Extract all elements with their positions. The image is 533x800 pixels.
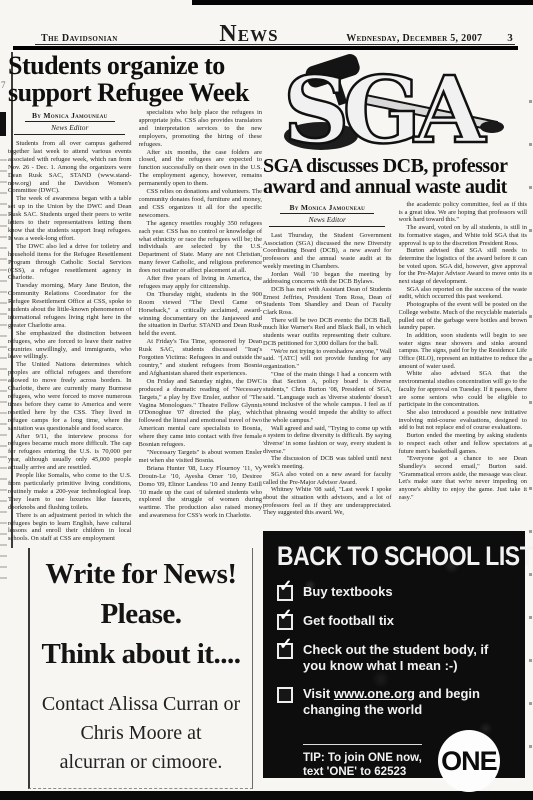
headline-line-1: SGA discusses DCB, professor <box>263 156 527 177</box>
checklist-item: ✓ Buy textbooks <box>277 584 525 601</box>
ad-title: BACK TO SCHOOL LIST <box>277 541 488 572</box>
sga-logo-graphic: SGA <box>279 52 511 154</box>
header-right: Wednesday, December 5, 2007 3 <box>346 32 513 44</box>
article-paragraph: Tuesday morning, Mary Jane Bruton, the C… <box>8 282 132 329</box>
masthead-rule-thin <box>35 44 515 45</box>
byline-author: By Monica Jamouneau <box>267 203 388 212</box>
article-paragraph: The discussion of DCB was tabled until n… <box>263 455 392 470</box>
check-mark-icon: ✓ <box>279 608 292 624</box>
article-paragraph: After 9/11, the interview process for re… <box>8 433 132 473</box>
article-columns: By Monica Jamouneau News Editor Last Thu… <box>263 201 527 547</box>
page-header: The Davidsonian News Wednesday, December… <box>13 24 525 46</box>
byline-title: News Editor <box>12 123 128 132</box>
article-paragraph: Whitney White '08 said, "Last week I spo… <box>263 486 392 517</box>
checklist-label: Buy textbooks <box>303 584 393 601</box>
byline-rule <box>280 213 374 214</box>
article-paragraph: Wall agreed and said, "Trying to come up… <box>263 425 392 456</box>
checklist-item: Visit www.one.org and begin changing the… <box>277 686 525 718</box>
byline-title: News Editor <box>267 215 388 224</box>
check-mark-icon: ✓ <box>279 579 292 595</box>
ad-contact-line-1: Contact Alissa Curran or <box>30 690 252 719</box>
article-column-2: the academic policy committee, feel as i… <box>399 201 528 547</box>
checkbox-checked-icon: ✓ <box>277 585 293 601</box>
one-org-ad: BACK TO SCHOOL LIST ✓ Buy textbooks ✓ Ge… <box>263 531 525 778</box>
ad-contact-line-3: alcurran or cimoore. <box>30 748 252 777</box>
article-paragraph: "Everyone got a chance to see Dean Shand… <box>399 455 528 501</box>
masthead-rule-thick <box>13 46 518 50</box>
article-paragraph: "One of the main things I had a concern … <box>263 371 392 425</box>
sga-logo-letters: SGA <box>283 56 487 154</box>
ad-headline-line-3: Think about it.... <box>30 634 252 674</box>
article-paragraph: Photographs of the event will be posted … <box>399 301 528 332</box>
article-refugee-week: Students organize to support Refugee Wee… <box>8 52 262 547</box>
newspaper-page: 7 The Davidsonian News Wednesday, Decemb… <box>0 0 533 800</box>
article-paragraph: The award, voted on by all students, is … <box>399 224 528 247</box>
ad-headline: Write for News! Please. Think about it..… <box>30 554 252 674</box>
scan-artifact-left-noise <box>0 150 7 580</box>
checklist-item: ✓ Get football tix <box>277 613 525 630</box>
tip-line-2: text 'ONE' to 62523 <box>303 765 422 779</box>
article-paragraph: There is an adjustment period in which t… <box>8 512 132 544</box>
scan-artifact-bottom-bar <box>0 791 533 800</box>
article-paragraph: Jordan Wall '10 began the meeting by add… <box>263 271 392 286</box>
byline-author: By Monica Jamouneau <box>12 111 128 120</box>
article-paragraph: Burton ended the meeting by asking stude… <box>399 432 528 455</box>
article-column-1: By Monica Jamouneau News Editor Last Thu… <box>263 201 392 547</box>
margin-page-number-fragment: 7 <box>1 80 6 90</box>
article-paragraph: The agency resettles roughly 350 refugee… <box>139 220 263 275</box>
headline-line-2: support Refugee Week <box>8 79 262 106</box>
one-org-url: www.one.org <box>334 686 415 701</box>
byline: By Monica Jamouneau News Editor <box>267 203 388 227</box>
ad-headline-line-2: Please. <box>30 594 252 634</box>
ad-contact-info: Contact Alissa Curran or Chris Moore at … <box>30 690 252 777</box>
article-paragraph: SGA also reported on the success of the … <box>399 286 528 301</box>
article-columns: By Monica Jamouneau News Editor Students… <box>8 109 262 547</box>
article-paragraph: Briana Hunter '08, Lucy Flournoy '11, Vy… <box>139 465 263 520</box>
checklist-item: ✓ Check out the student body, if you kno… <box>277 642 525 674</box>
headline-line-1: Students organize to <box>8 52 262 79</box>
byline-rule <box>14 134 125 135</box>
byline-rule <box>269 226 385 227</box>
checklist-label: Visit www.one.org and begin changing the… <box>303 686 501 718</box>
article-paragraph: On Thursday night, students in the 900 R… <box>139 291 263 338</box>
ad-contact-line-2: Chris Moore at <box>30 719 252 748</box>
write-for-news-ad: Write for News! Please. Think about it..… <box>28 548 253 789</box>
scan-artifact-chip <box>0 112 6 136</box>
article-headline: Students organize to support Refugee Wee… <box>8 52 262 106</box>
ad-headline-line-1: Write for News! <box>30 554 252 594</box>
article-paragraph: specialists who help place the refugees … <box>139 109 263 149</box>
article-paragraph: At Friday's Tea Time, sponsored by Dean … <box>139 338 263 378</box>
article-paragraph: After six months, the case folders are c… <box>139 149 263 189</box>
checklist-label: Get football tix <box>303 613 394 630</box>
checklist-label: Check out the student body, if you know … <box>303 642 501 674</box>
article-paragraph: the academic policy committee, feel as i… <box>399 201 528 224</box>
article-text: Last Thursday, the Student Government As… <box>263 232 392 517</box>
ad-tip: TIP: To join ONE now, text 'ONE' to 6252… <box>303 744 422 779</box>
checkbox-unchecked-icon <box>277 687 293 703</box>
article-paragraph: Burton advised that SGA still needs to d… <box>399 247 528 286</box>
article-paragraph: "Necessary Targets" is about women Ensle… <box>139 449 263 465</box>
article-paragraph: SGA also voted on a new award for facult… <box>263 471 392 486</box>
article-paragraph: After five years of living in America, t… <box>139 275 263 291</box>
article-paragraph: The week of awareness began with a table… <box>8 195 132 242</box>
article-text: specialists who help place the refugees … <box>139 109 263 520</box>
article-column-2: specialists who help place the refugees … <box>139 109 263 547</box>
scan-artifact-right-dots <box>529 60 532 770</box>
article-paragraph: People like Somalis, who come to the U.S… <box>8 472 132 512</box>
article-sga-meeting: SGA SGA discusses DCB, professor award a… <box>263 52 527 547</box>
tip-line-1: TIP: To join ONE now, <box>303 751 422 765</box>
issue-date: Wednesday, December 5, 2007 <box>346 33 482 44</box>
article-paragraph: She emphasized the distinction between r… <box>8 330 132 362</box>
sga-logo: SGA <box>263 52 527 156</box>
article-paragraph: White also advised SGA that the environm… <box>399 370 528 409</box>
article-paragraph: CSS relies on donations and volunteers. … <box>139 188 263 220</box>
checkbox-checked-icon: ✓ <box>277 643 293 659</box>
article-paragraph: She also introduced a possible new initi… <box>399 409 528 432</box>
article-paragraph: The DWC also led a drive for toiletry an… <box>8 243 132 283</box>
label-text: Visit <box>303 686 334 701</box>
page-number: 3 <box>507 32 513 44</box>
article-paragraph: Students from all over campus gathered t… <box>8 140 132 195</box>
article-paragraph: In addition, soon students will begin to… <box>399 332 528 371</box>
byline-rule <box>25 121 115 122</box>
article-paragraph: Last Thursday, the Student Government As… <box>263 232 392 271</box>
headline-line-2: award and annual waste audit <box>263 177 527 198</box>
article-paragraph: On Friday and Saturday nights, the DWC p… <box>139 378 263 449</box>
article-headline: SGA discusses DCB, professor award and a… <box>263 156 527 198</box>
article-text: the academic policy committee, feel as i… <box>399 201 528 501</box>
byline: By Monica Jamouneau News Editor <box>12 111 128 135</box>
one-logo: ONE <box>438 730 500 792</box>
scan-artifact-top-bar <box>192 0 533 5</box>
checkbox-checked-icon: ✓ <box>277 614 293 630</box>
article-paragraph: There will be two DCB events: the DCB Ba… <box>263 317 392 348</box>
article-column-1: By Monica Jamouneau News Editor Students… <box>8 109 132 547</box>
check-mark-icon: ✓ <box>279 637 292 653</box>
article-text: Students from all over campus gathered t… <box>8 140 132 543</box>
article-paragraph: DCB has met with Assistant Dean of Stude… <box>263 286 392 317</box>
ad-footer: TIP: To join ONE now, text 'ONE' to 6252… <box>303 730 525 792</box>
article-paragraph: The United Nations determines which peop… <box>8 361 132 432</box>
article-paragraph: "We're not trying to overshadow anyone,"… <box>263 348 392 371</box>
